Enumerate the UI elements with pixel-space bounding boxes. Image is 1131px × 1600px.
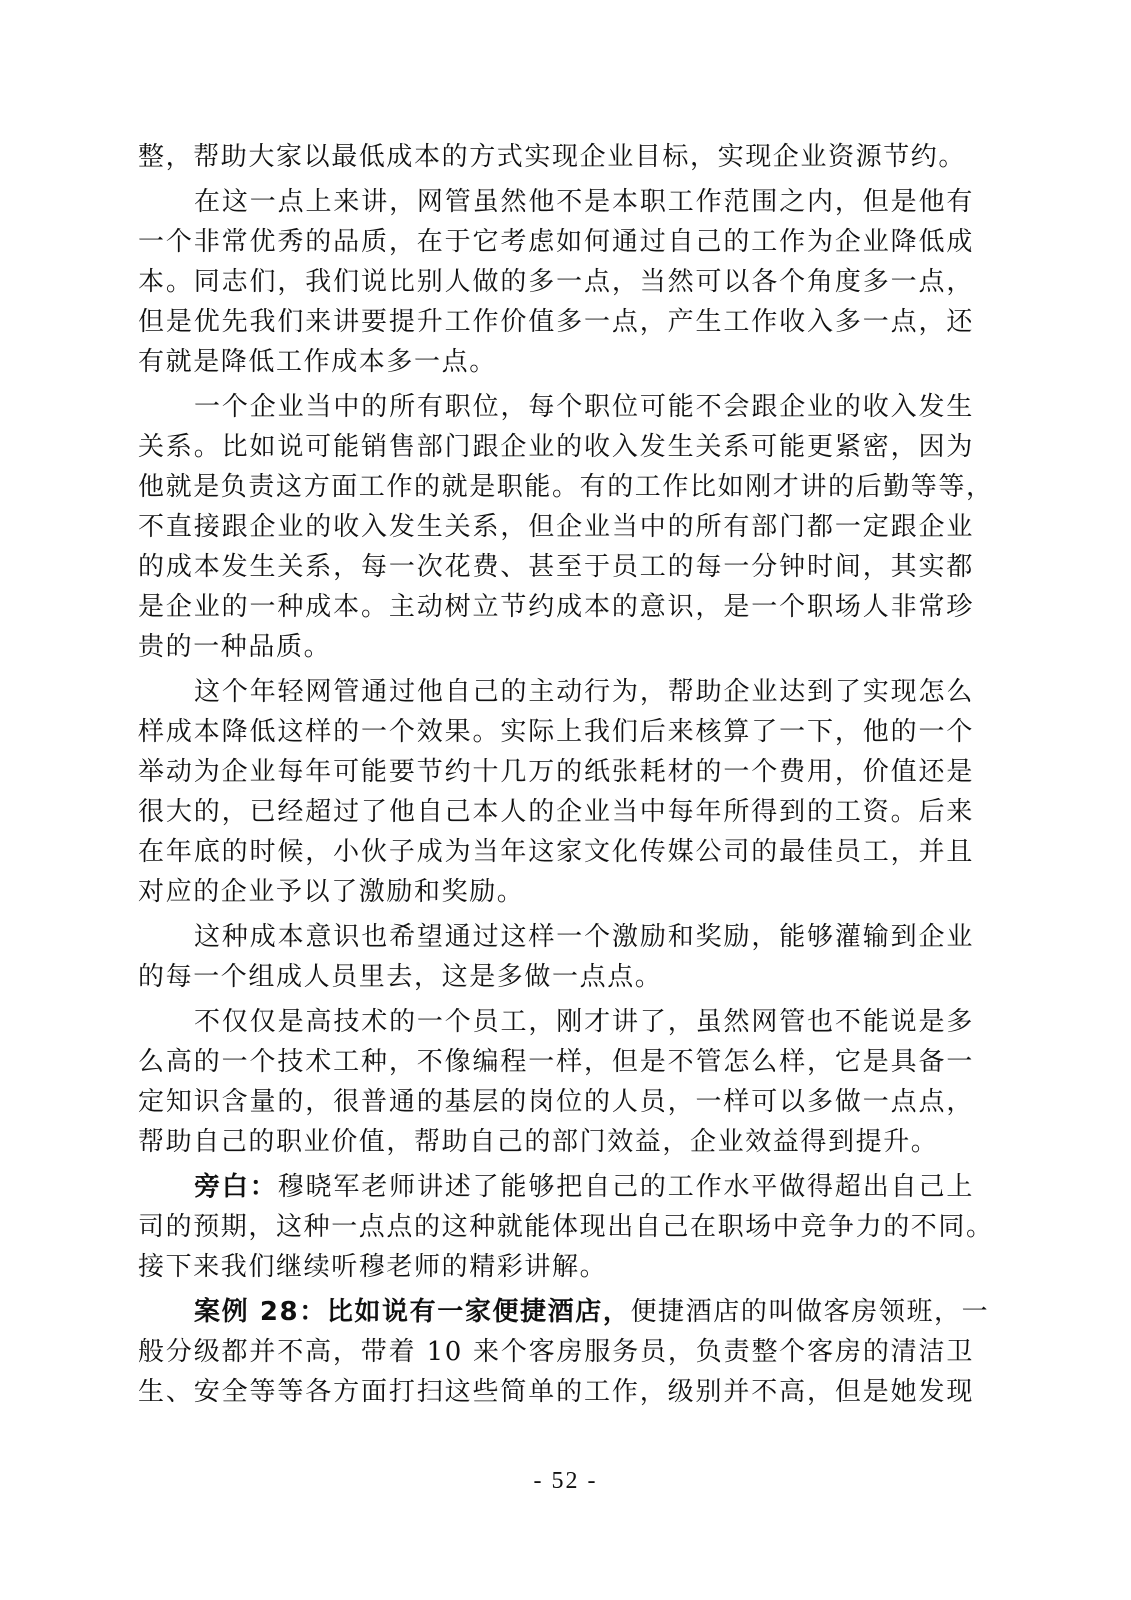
text-line: 很大的，已经超过了他自己本人的企业当中每年所得到的工资。后来 <box>138 792 974 832</box>
text-line: 司的预期，这种一点点的这种就能体现出自己在职场中竞争力的不同。 <box>138 1207 974 1247</box>
text-line: 不直接跟企业的收入发生关系，但企业当中的所有部门都一定跟企业 <box>138 507 974 547</box>
text-line: 定知识含量的，很普通的基层的岗位的人员，一样可以多做一点点， <box>138 1082 974 1122</box>
document-page: 整，帮助大家以最低成本的方式实现企业目标，实现企业资源节约。 在这一点上来讲，网… <box>0 0 1131 1600</box>
text-line: 本。同志们，我们说比别人做的多一点，当然可以各个角度多一点， <box>138 262 974 302</box>
text-line: 这个年轻网管通过他自己的主动行为，帮助企业达到了实现怎么 <box>138 672 974 712</box>
case-heading-line: 案例 28：比如说有一家便捷酒店，便捷酒店的叫做客房领班，一 <box>138 1292 974 1332</box>
text-line: 但是优先我们来讲要提升工作价值多一点，产生工作收入多一点，还 <box>138 302 974 342</box>
body-text: 整，帮助大家以最低成本的方式实现企业目标，实现企业资源节约。 在这一点上来讲，网… <box>138 137 974 1412</box>
text-line: 帮助自己的职业价值，帮助自己的部门效益，企业效益得到提升。 <box>138 1122 974 1162</box>
narration-line: 旁白：穆晓军老师讲述了能够把自己的工作水平做得超出自己上 <box>138 1167 974 1207</box>
text-line: 他就是负责这方面工作的就是职能。有的工作比如刚才讲的后勤等等， <box>138 467 974 507</box>
text-line: 是企业的一种成本。主动树立节约成本的意识，是一个职场人非常珍 <box>138 587 974 627</box>
text-line: 在这一点上来讲，网管虽然他不是本职工作范围之内，但是他有 <box>138 182 974 222</box>
text-line: 贵的一种品质。 <box>138 627 974 667</box>
text-line: 整，帮助大家以最低成本的方式实现企业目标，实现企业资源节约。 <box>138 137 974 177</box>
text-line: 的每一个组成人员里去，这是多做一点点。 <box>138 957 974 997</box>
text-line: 么高的一个技术工种，不像编程一样，但是不管怎么样，它是具备一 <box>138 1042 974 1082</box>
page-number: - 52 - <box>0 1468 1131 1495</box>
text-line: 不仅仅是高技术的一个员工，刚才讲了，虽然网管也不能说是多 <box>138 1002 974 1042</box>
text-line: 举动为企业每年可能要节约十几万的纸张耗材的一个费用，价值还是 <box>138 752 974 792</box>
text-line: 接下来我们继续听穆老师的精彩讲解。 <box>138 1247 974 1287</box>
text-line: 在年底的时候，小伙子成为当年这家文化传媒公司的最佳员工，并且 <box>138 832 974 872</box>
text-line: 生、安全等等各方面打扫这些简单的工作，级别并不高，但是她发现 <box>138 1372 974 1412</box>
text-line: 这种成本意识也希望通过这样一个激励和奖励，能够灌输到企业 <box>138 917 974 957</box>
narration-label: 旁白： <box>194 1172 278 1202</box>
text-line: 的成本发生关系，每一次花费、甚至于员工的每一分钟时间，其实都 <box>138 547 974 587</box>
text-line: 一个企业当中的所有职位，每个职位可能不会跟企业的收入发生 <box>138 387 974 427</box>
text-line: 对应的企业予以了激励和奖励。 <box>138 872 974 912</box>
case-label: 案例 28：比如说有一家便捷酒店， <box>194 1297 630 1327</box>
text-line: 有就是降低工作成本多一点。 <box>138 342 974 382</box>
text-line: 关系。比如说可能销售部门跟企业的收入发生关系可能更紧密，因为 <box>138 427 974 467</box>
text-span: 穆晓军老师讲述了能够把自己的工作水平做得超出自己上 <box>278 1172 974 1202</box>
text-line: 一个非常优秀的品质，在于它考虑如何通过自己的工作为企业降低成 <box>138 222 974 262</box>
text-span: 便捷酒店的叫做客房领班，一 <box>630 1297 989 1327</box>
text-line: 般分级都并不高，带着 10 来个客房服务员，负责整个客房的清洁卫 <box>138 1332 974 1372</box>
text-line: 样成本降低这样的一个效果。实际上我们后来核算了一下，他的一个 <box>138 712 974 752</box>
